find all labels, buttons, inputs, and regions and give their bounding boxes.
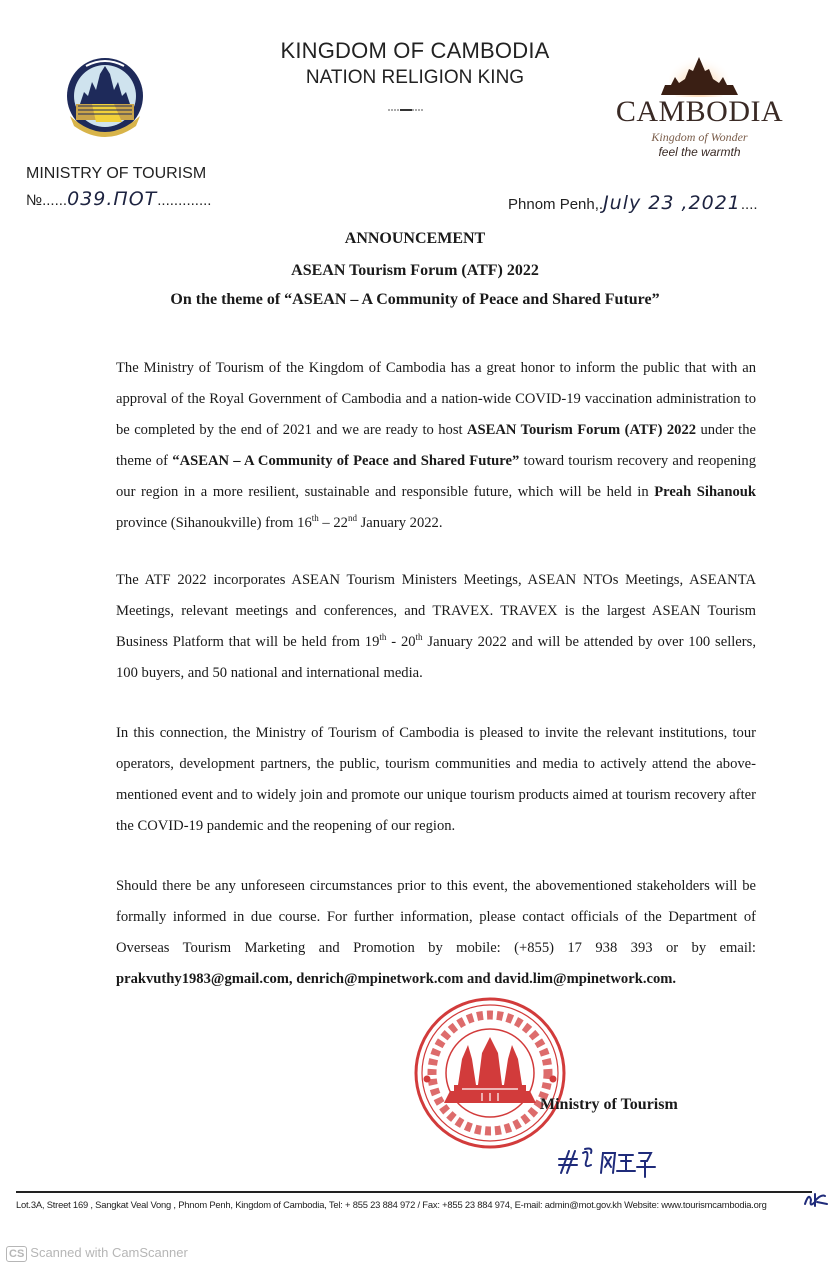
camscanner-logo-icon: CS [6,1246,27,1262]
brand-wordmark: CAMBODIA [612,95,787,129]
contact-email-2[interactable]: denrich@mpinetwork.com [296,971,463,987]
handwritten-signature-icon [557,1143,657,1183]
paragraph-1: The Ministry of Tourism of the Kingdom o… [116,353,756,539]
ministry-emblem-logo [62,52,148,144]
p4-sep-2: and [463,971,494,987]
announcement-heading: ANNOUNCEMENT [0,230,830,248]
ref-prefix: №...... [26,192,67,209]
signatory-label: Ministry of Tourism [540,1096,678,1114]
p1-bold-event: ASEAN Tourism Forum (ATF) 2022 [467,422,696,438]
p2-sup-2: th [416,632,423,642]
ornament-divider-icon [388,108,424,112]
brand-tagline: feel the warmth [612,145,787,159]
ministry-label: MINISTRY OF TOURISM [26,165,206,183]
footer-contact-info: Lot.3A, Street 169 , Sangkat Veal Vong ,… [16,1199,816,1210]
ref-number-handwritten: 039.ΠΟΤ [67,188,157,210]
watermark-text: Scanned with CamScanner [30,1245,188,1260]
p1-bold-location: Preah Sihanouk [654,484,756,500]
paragraph-3: In this connection, the Ministry of Tour… [116,718,756,842]
date-prefix: Phnom Penh,. [508,196,603,213]
p1-text-g: January 2022. [357,515,443,531]
contact-email-1[interactable]: prakvuthy1983@gmail.com [116,971,289,987]
date-suffix: .... [741,196,758,213]
camscanner-watermark: CSScanned with CamScanner [6,1245,188,1262]
paragraph-2: The ATF 2022 incorporates ASEAN Tourism … [116,565,756,689]
p2-text-b: - 20 [386,634,415,650]
p4-text-a: Should there be any unforeseen circumsta… [116,878,756,956]
p1-text-f: – 22 [319,515,348,531]
ref-suffix: ............. [157,192,211,209]
event-title: ASEAN Tourism Forum (ATF) 2022 [0,262,830,280]
p1-text-e: province (Sihanoukville) from 16 [116,515,312,531]
contact-email-3[interactable]: david.lim@mpinetwork.com [494,971,672,987]
p1-sup-2: nd [348,513,357,523]
p1-bold-theme: “ASEAN – A Community of Peace and Shared… [172,453,519,469]
date-line: Phnom Penh,.July 23 ,2021.... [508,192,758,214]
footer-divider [16,1191,812,1193]
reference-number: №......039.ΠΟΤ............. [26,188,211,210]
p1-sup-1: th [312,513,319,523]
angkor-silhouette-icon [657,55,742,97]
handwritten-initials-icon [803,1190,829,1210]
p4-end: . [672,971,676,987]
cambodia-brand-logo: CAMBODIA Kingdom of Wonder feel the warm… [612,55,787,165]
event-theme: On the theme of “ASEAN – A Community of … [0,291,830,309]
official-seal-stamp-icon [410,993,570,1153]
paragraph-4: Should there be any unforeseen circumsta… [116,871,756,995]
date-handwritten: July 23 ,2021 [603,192,741,214]
brand-script: Kingdom of Wonder [612,130,787,145]
